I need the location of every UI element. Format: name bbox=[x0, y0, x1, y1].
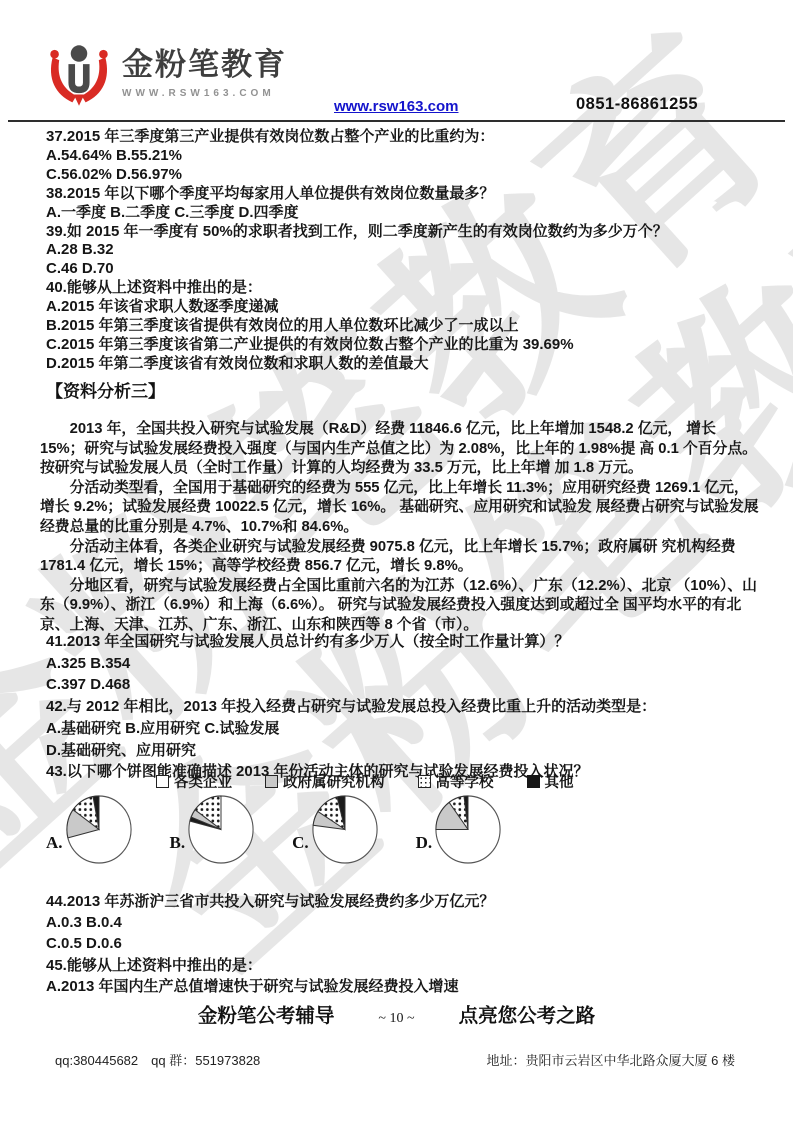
question-line: A.2015 年该省求职人数逐季度递减 bbox=[46, 298, 763, 317]
question-line: A.325 B.354 bbox=[46, 653, 763, 675]
legend-item: 其他 bbox=[527, 771, 574, 792]
site-link[interactable]: www.rsw163.com bbox=[334, 98, 459, 115]
question-line: 38.2015 年以下哪个季度平均每家用人单位提供有效岗位数量最多？ bbox=[46, 185, 763, 204]
passage-paragraph: 分地区看，研究与试验发展经费占全国比重前六名的为江苏（12.6%）、广东（12.… bbox=[40, 577, 759, 636]
legend-label: 各类企业 bbox=[174, 771, 232, 792]
legend-swatch-white-icon bbox=[156, 775, 169, 788]
question-line: A.基础研究 B.应用研究 C.试验发展 bbox=[46, 718, 763, 740]
question-line: C.56.02% D.56.97% bbox=[46, 166, 763, 185]
brand-emblem-icon bbox=[46, 44, 112, 108]
questions-44-45: 44.2013 年苏浙沪三省市共投入研究与试验发展经费约多少万亿元？A.0.3 … bbox=[46, 891, 763, 997]
question-line: 44.2013 年苏浙沪三省市共投入研究与试验发展经费约多少万亿元？ bbox=[46, 891, 763, 912]
pie-chart bbox=[311, 794, 379, 865]
legend-swatch-gray-icon bbox=[265, 775, 278, 788]
question-line: A.2013 年国内生产总值增速快于研究与试验发展经费投入增速 bbox=[46, 976, 763, 997]
brand-site-url: WWW.RSW163.COM bbox=[122, 88, 287, 99]
question-line: C.0.5 D.0.6 bbox=[46, 933, 763, 954]
footer-slogan: 点亮您公考之路 bbox=[459, 1000, 596, 1028]
brand-logo: 金粉笔教育 WWW.RSW163.COM bbox=[46, 44, 287, 108]
pie-options: A.B.C.D. bbox=[46, 794, 502, 865]
footer-slogan-row: 金粉笔公考辅导 ~ 10 ~ 点亮您公考之路 bbox=[0, 1000, 793, 1028]
page-number: ~ 10 ~ bbox=[378, 1011, 414, 1027]
legend-label: 其他 bbox=[545, 771, 574, 792]
question-line: 42.与 2012 年相比，2013 年投入经费占研究与试验发展总投入经费比重上… bbox=[46, 696, 763, 718]
question-line: 37.2015 年三季度第三产业提供有效岗位数占整个产业的比重约为： bbox=[46, 128, 763, 147]
brand-name: 金粉笔教育 bbox=[122, 48, 287, 82]
question-line: C.397 D.468 bbox=[46, 674, 763, 696]
phone-number: 0851-86861255 bbox=[576, 95, 698, 114]
legend-item: 各类企业 bbox=[156, 771, 232, 792]
brand-text: 金粉笔教育 WWW.RSW163.COM bbox=[122, 48, 287, 99]
document-page: 金粉笔教育 金粉笔教育 金粉笔教育 WWW.RSW163.COM www.rsw… bbox=[0, 0, 793, 1122]
footer-brand: 金粉笔公考辅导 bbox=[198, 1000, 335, 1028]
pie-chart bbox=[65, 794, 133, 865]
footer-address: 地址：贵阳市云岩区中华北路众厦大厦 6 楼 bbox=[487, 1050, 735, 1069]
question-line: A.0.3 B.0.4 bbox=[46, 912, 763, 933]
footer-qq: qq:380445682 qq 群：551973828 bbox=[55, 1050, 260, 1069]
question-line: 40.能够从上述资料中推出的是： bbox=[46, 279, 763, 298]
question-line: A.一季度 B.二季度 C.三季度 D.四季度 bbox=[46, 204, 763, 223]
header-divider bbox=[8, 120, 785, 122]
legend-swatch-dots-icon bbox=[418, 775, 431, 788]
legend-swatch-black-icon bbox=[527, 775, 540, 788]
legend-item: 高等学校 bbox=[418, 771, 494, 792]
pie-option-a: A. bbox=[46, 794, 133, 865]
passage: 2013 年，全国共投入研究与试验发展（R&D）经费 11846.6 亿元，比上… bbox=[40, 420, 759, 636]
chart-legend: 各类企业政府属研究机构高等学校其他 bbox=[156, 771, 574, 792]
passage-paragraph: 分活动主体看，各类企业研究与试验发展经费 9075.8 亿元，比上年增长 15.… bbox=[40, 538, 759, 577]
pie-option-label: C. bbox=[292, 833, 309, 853]
section-title: 【资料分析三】 bbox=[46, 377, 165, 402]
question-line: A.28 B.32 bbox=[46, 241, 763, 260]
question-line: B.2015 年第三季度该省提供有效岗位的用人单位数环比减少了一成以上 bbox=[46, 317, 763, 336]
pie-option-d: D. bbox=[416, 794, 503, 865]
pie-option-c: C. bbox=[292, 794, 379, 865]
legend-label: 政府属研究机构 bbox=[283, 771, 385, 792]
question-line: 41.2013 年全国研究与试验发展人员总计约有多少万人（按全时工作量计算）？ bbox=[46, 631, 763, 653]
legend-label: 高等学校 bbox=[436, 771, 494, 792]
pie-option-label: B. bbox=[170, 833, 186, 853]
legend-item: 政府属研究机构 bbox=[265, 771, 385, 792]
pie-option-b: B. bbox=[170, 794, 256, 865]
question-line: D.2015 年第二季度该省有效岗位数和求职人数的差值最大 bbox=[46, 355, 763, 374]
question-line: A.54.64% B.55.21% bbox=[46, 147, 763, 166]
questions-37-40: 37.2015 年三季度第三产业提供有效岗位数占整个产业的比重约为：A.54.6… bbox=[46, 128, 763, 374]
question-line: C.46 D.70 bbox=[46, 260, 763, 279]
question-line: 39.如 2015 年一季度有 50%的求职者找到工作，则二季度新产生的有效岗位… bbox=[46, 223, 763, 242]
question-line: D.基础研究、应用研究 bbox=[46, 740, 763, 762]
questions-41-43: 41.2013 年全国研究与试验发展人员总计约有多少万人（按全时工作量计算）？A… bbox=[46, 631, 763, 783]
pie-chart bbox=[434, 794, 502, 865]
question-line: C.2015 年第三季度该省第二产业提供的有效岗位数占整个产业的比重为 39.6… bbox=[46, 336, 763, 355]
pie-option-label: A. bbox=[46, 833, 63, 853]
passage-paragraph: 分活动类型看，全国用于基础研究的经费为 555 亿元，比上年增长 11.3%；应… bbox=[40, 479, 759, 538]
pie-chart bbox=[187, 794, 255, 865]
pie-option-label: D. bbox=[416, 833, 433, 853]
passage-paragraph: 2013 年，全国共投入研究与试验发展（R&D）经费 11846.6 亿元，比上… bbox=[40, 420, 759, 479]
question-line: 45.能够从上述资料中推出的是： bbox=[46, 955, 763, 976]
footer-contact-row: qq:380445682 qq 群：551973828 地址：贵阳市云岩区中华北… bbox=[55, 1050, 735, 1069]
